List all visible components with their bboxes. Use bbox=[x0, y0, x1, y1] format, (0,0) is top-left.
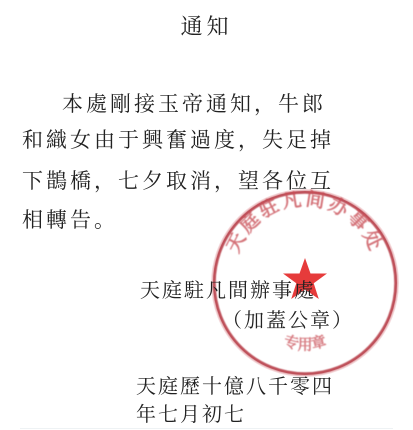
issuer-name: 天庭駐凡間辦事處 bbox=[140, 274, 316, 303]
seal-ring-text: 天庭驻凡间办事处 bbox=[222, 187, 388, 256]
body-line-2: 和織女由于興奮過度，失足掉 bbox=[22, 124, 334, 154]
body-line-1: 本處剛接玉帝通知，牛郎 bbox=[62, 88, 326, 118]
notice-document: 通知 本處剛接玉帝通知，牛郎 和織女由于興奮過度，失足掉 下鵲橋，七夕取消，望各… bbox=[0, 0, 413, 430]
date-line-2: 年七月初七 bbox=[136, 398, 246, 427]
page-bottom-edge bbox=[20, 428, 393, 429]
body-line-4: 相轉告。 bbox=[22, 204, 118, 234]
seal-bottom-text: 专用章 bbox=[282, 332, 328, 353]
document-title: 通知 bbox=[0, 10, 413, 41]
seal-note: （加蓋公章） bbox=[222, 304, 354, 333]
date-line-1: 天庭歷十億八千零四 bbox=[136, 370, 334, 399]
